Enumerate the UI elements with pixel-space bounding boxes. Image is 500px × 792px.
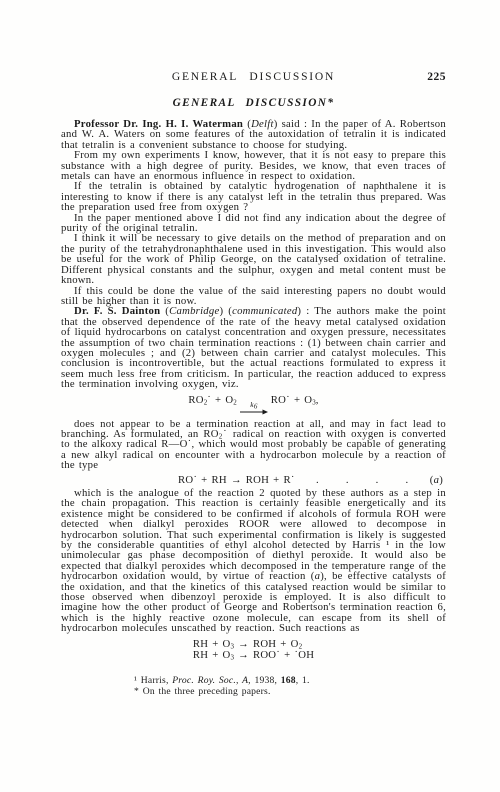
scanned-paper-page: GENERAL DISCUSSION 225 GENERAL DISCUSSIO…	[0, 0, 500, 792]
paragraph-waterman-4: In the paper mentioned above I did not f…	[61, 213, 446, 234]
paragraph-dainton-2: does not appear to be a termination reac…	[61, 419, 446, 471]
paragraph-waterman-5: I think it will be necessary to give det…	[61, 233, 446, 285]
footnote-asterisk: * On the three preceding papers.	[134, 686, 446, 697]
equation-a-label: (a)	[430, 475, 443, 485]
equation-ozone-2: RH + O3 → ROO˙ + ˙OH	[193, 650, 314, 661]
journal-name: Proc. Roy. Soc., A	[172, 675, 248, 686]
equation-a-dots: . . . .	[295, 475, 430, 485]
equation-ozone-block: RH + O3 → ROH + O2 RH + O3 → ROO˙ + ˙OH	[61, 639, 446, 662]
equation-a: RO˙ + RH → ROH + R˙ . . . . (a)	[61, 475, 446, 485]
paragraph-dainton-1: Dr. F. S. Dainton (Cambridge) (communica…	[61, 306, 446, 389]
rate-constant-label: k6	[250, 402, 257, 408]
running-head-text: GENERAL DISCUSSION	[172, 71, 335, 83]
paragraph-waterman-2: From my own experiments I know, however,…	[61, 150, 446, 181]
paragraph-dainton-3: which is the analogue of the reaction 2 …	[61, 488, 446, 634]
paragraph-waterman-6: If this could be done the value of the s…	[61, 286, 446, 307]
equation-termination: RO2˙ + O2k6RO˙ + O3,	[61, 395, 446, 415]
footnote-reference: ¹ Harris, Proc. Roy. Soc., A, 1938, 168,…	[134, 675, 446, 686]
reaction-arrow-icon	[240, 409, 268, 415]
volume-number: 168	[281, 675, 296, 686]
body-text: Professor Dr. Ing. H. I. Waterman (Delft…	[61, 119, 446, 697]
equation-a-body: RO˙ + RH → ROH + R˙	[178, 475, 295, 485]
rate-constant-arrow: k6	[240, 402, 268, 415]
page-number: 225	[427, 71, 446, 83]
section-title: GENERAL DISCUSSION*	[61, 97, 446, 109]
paragraph-waterman-1: Professor Dr. Ing. H. I. Waterman (Delft…	[61, 119, 446, 150]
running-head: GENERAL DISCUSSION 225	[61, 71, 446, 83]
text-block: GENERAL DISCUSSION 225 GENERAL DISCUSSIO…	[61, 71, 446, 697]
paragraph-waterman-3: If the tetralin is obtained by catalytic…	[61, 181, 446, 212]
footnotes: ¹ Harris, Proc. Roy. Soc., A, 1938, 168,…	[61, 675, 446, 697]
